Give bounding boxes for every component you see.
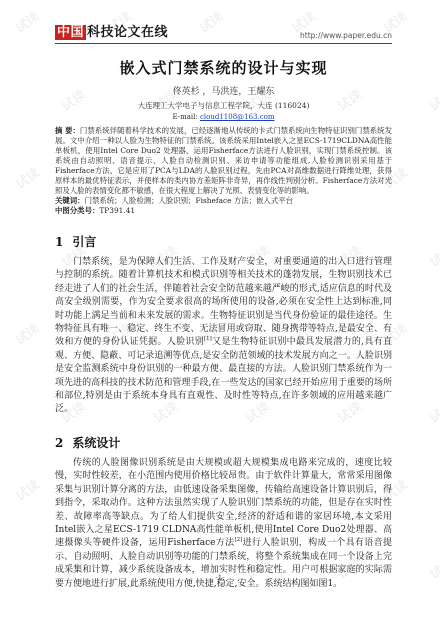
clc-value: TP391.41 xyxy=(99,206,135,215)
logo-text: 科技论文在线 xyxy=(87,25,168,40)
affiliation-line: 大连理工大学电子与信息工程学院，大连 (116024) xyxy=(55,100,392,111)
paper-page: 试读试读试读试读试读试读试读试读试读试读试读试读试读试读试读试读试读试读试读试读… xyxy=(0,0,440,620)
site-header: 中国科技论文在线 http://www.paper.edu.cn xyxy=(55,25,392,44)
clc-line: 中图分类号：TP391.41 xyxy=(55,206,392,216)
logo-red-box: 中国 xyxy=(55,25,86,40)
section-1-paragraph: 门禁系统，是为保障人们生活、工作及财产安全，对重要通道的出入口进行管理与控制的系… xyxy=(55,256,392,417)
abstract-text: 门禁系统伴随着科学技术的发展，已经逐渐地从传统的卡式门禁系统向生物特征识别门禁系… xyxy=(55,126,392,195)
site-url-link[interactable]: http://www.paper.edu.cn xyxy=(300,31,392,40)
authors-line: 佟英杉 ，马洪连，王耀东 xyxy=(55,84,392,97)
section-2-heading: 2系统设计 xyxy=(55,434,392,451)
keywords-line: 关键词：门禁系统；人脸检测；人脸识别；Fisheface 方法；嵌入式平台 xyxy=(55,196,392,206)
keywords-label: 关键词： xyxy=(55,196,85,205)
page-number: -1- xyxy=(0,574,440,582)
email-line: E-mail: cloud1108@163.com xyxy=(55,113,392,121)
site-logo: 中国科技论文在线 xyxy=(55,25,168,40)
abstract-label: 摘 要： xyxy=(55,126,80,135)
paper-content: 中国科技论文在线 http://www.paper.edu.cn 嵌入式门禁系统… xyxy=(55,25,392,591)
section-1-heading: 1引言 xyxy=(55,233,392,250)
section-2-title: 系统设计 xyxy=(72,436,120,450)
abstract-block: 摘 要：门禁系统伴随着科学技术的发展，已经逐渐地从传统的卡式门禁系统向生物特征识… xyxy=(55,126,392,196)
section-2-number: 2 xyxy=(55,436,63,450)
section-2-paragraph: 传统的人脸图像识别系统是由大规模或超大规模集成电路来完成的，速度比较慢，实时性较… xyxy=(55,457,392,591)
paper-title: 嵌入式门禁系统的设计与实现 xyxy=(55,57,392,78)
clc-label: 中图分类号： xyxy=(55,206,99,215)
keywords-text: 门禁系统；人脸检测；人脸识别；Fisheface 方法；嵌入式平台 xyxy=(85,196,293,205)
email-link[interactable]: cloud1108@163.com xyxy=(200,113,275,121)
email-label: E-mail: xyxy=(172,113,197,121)
section-1-number: 1 xyxy=(55,235,63,249)
section-1-title: 引言 xyxy=(72,235,96,249)
